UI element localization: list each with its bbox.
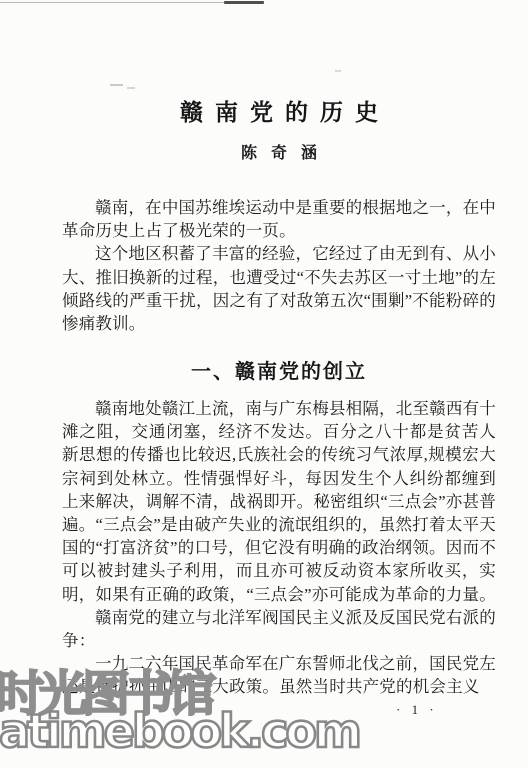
- body-line: 革命历史上占了极光荣的一页。: [62, 219, 496, 242]
- watermark-site-url: atimebook.com: [0, 704, 359, 758]
- body-line: 滩之阻，交通闭塞，经济不发达。百分之八十都是贫苦人民。: [62, 420, 496, 443]
- body-line: 明，如果有正确的政策，“三点会”亦可能成为革命的力量。: [62, 583, 496, 606]
- scan-edge-artifact-dark: [224, 1, 264, 4]
- intro-paragraphs: 赣南，在中国苏维埃运动中是重要的根据地之一，在中国 革命历史上占了极光荣的一页。…: [62, 196, 496, 335]
- section-heading: 一、赣南党的创立: [62, 355, 496, 384]
- body-line: 这个地区积蓄了丰富的经验，它经过了由无到有、从小到: [62, 242, 496, 265]
- body-line: 大、推旧换新的过程，也遭受过“不失去苏区一寸土地”的左: [62, 266, 496, 289]
- body-line: 宗祠到处林立。性情强悍好斗，每因发生个人纠纷都缠到氏族: [62, 467, 496, 490]
- body-line: 争：: [62, 629, 496, 652]
- body-line: 国的“打富济贫”的口号，但它没有明确的政治纲领。因而不但: [62, 536, 496, 559]
- body-line: 新思想的传播也比较迟,氏族社会的传统习气浓厚,规模宏大的: [62, 443, 496, 466]
- scan-smudge: [335, 70, 341, 72]
- scanned-book-page: 赣南党的历史 陈奇涵 赣南，在中国苏维埃运动中是重要的根据地之一，在中国 革命历…: [0, 0, 528, 768]
- body-line: 惨痛教训。: [62, 312, 496, 335]
- body-line: 赣南党的建立与北洋军阀国民主义派及反国民党右派的斗: [62, 606, 496, 629]
- scan-smudge: [127, 87, 135, 89]
- author-name: 陈奇涵: [62, 140, 496, 163]
- scan-smudge: [110, 84, 123, 86]
- body-line: 倾路线的严重干扰，因之有了对敌第五次“围剿”不能粉碎的: [62, 289, 496, 312]
- body-line: 赣南，在中国苏维埃运动中是重要的根据地之一，在中国: [62, 196, 496, 219]
- body-line: 上来解决，调解不清，战祸即开。秘密组织“三点会”亦甚普: [62, 490, 496, 513]
- body-line: 赣南地处赣江上流，南与广东梅县相隔，北至赣西有十八: [62, 397, 496, 420]
- body-line: 遍。“三点会”是由破产失业的流氓组织的，虽然打着太平天: [62, 513, 496, 536]
- body-line: 可以被封建头子利用，而且亦可被反动资本家所收买，实践证: [62, 559, 496, 582]
- page-number: · 1 ·: [396, 702, 438, 718]
- page-title: 赣南党的历史: [62, 94, 496, 127]
- section-paragraphs: 赣南地处赣江上流，南与广东梅县相隔，北至赣西有十八 滩之阻，交通闭塞，经济不发达…: [62, 397, 496, 698]
- scan-edge-artifact: [0, 2, 228, 3]
